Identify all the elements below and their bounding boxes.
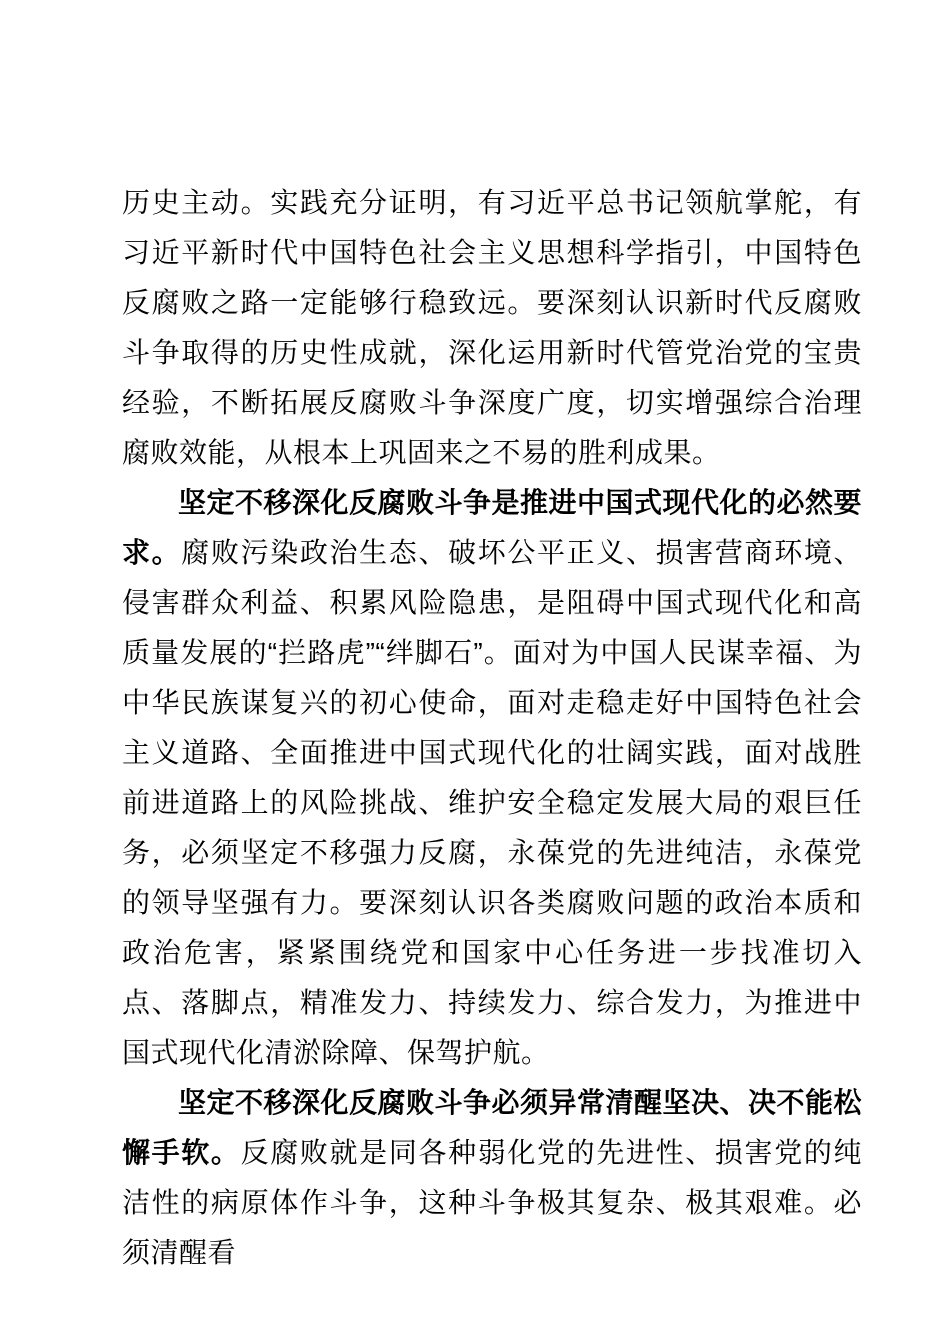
paragraph-vigilance: 坚定不移深化反腐败斗争必须异常清醒坚决、决不能松懈手软。反腐败就是同各种弱化党的… xyxy=(122,1078,862,1278)
paragraph-continuation: 历史主动。实践充分证明，有习近平总书记领航掌舵，有习近平新时代中国特色社会主义思… xyxy=(122,178,862,478)
paragraph-body-text: 历史主动。实践充分证明，有习近平总书记领航掌舵，有习近平新时代中国特色社会主义思… xyxy=(122,187,862,468)
document-text: 历史主动。实践充分证明，有习近平总书记领航掌舵，有习近平新时代中国特色社会主义思… xyxy=(122,178,862,1278)
paragraph-modernization-requirement: 坚定不移深化反腐败斗争是推进中国式现代化的必然要求。腐败污染政治生态、破坏公平正… xyxy=(122,478,862,1078)
document-page: 历史主动。实践充分证明，有习近平总书记领航掌舵，有习近平新时代中国特色社会主义思… xyxy=(0,0,950,1344)
paragraph-body-text: 腐败污染政治生态、破坏公平正义、损害营商环境、侵害群众利益、积累风险隐患，是阻碍… xyxy=(122,537,862,1068)
